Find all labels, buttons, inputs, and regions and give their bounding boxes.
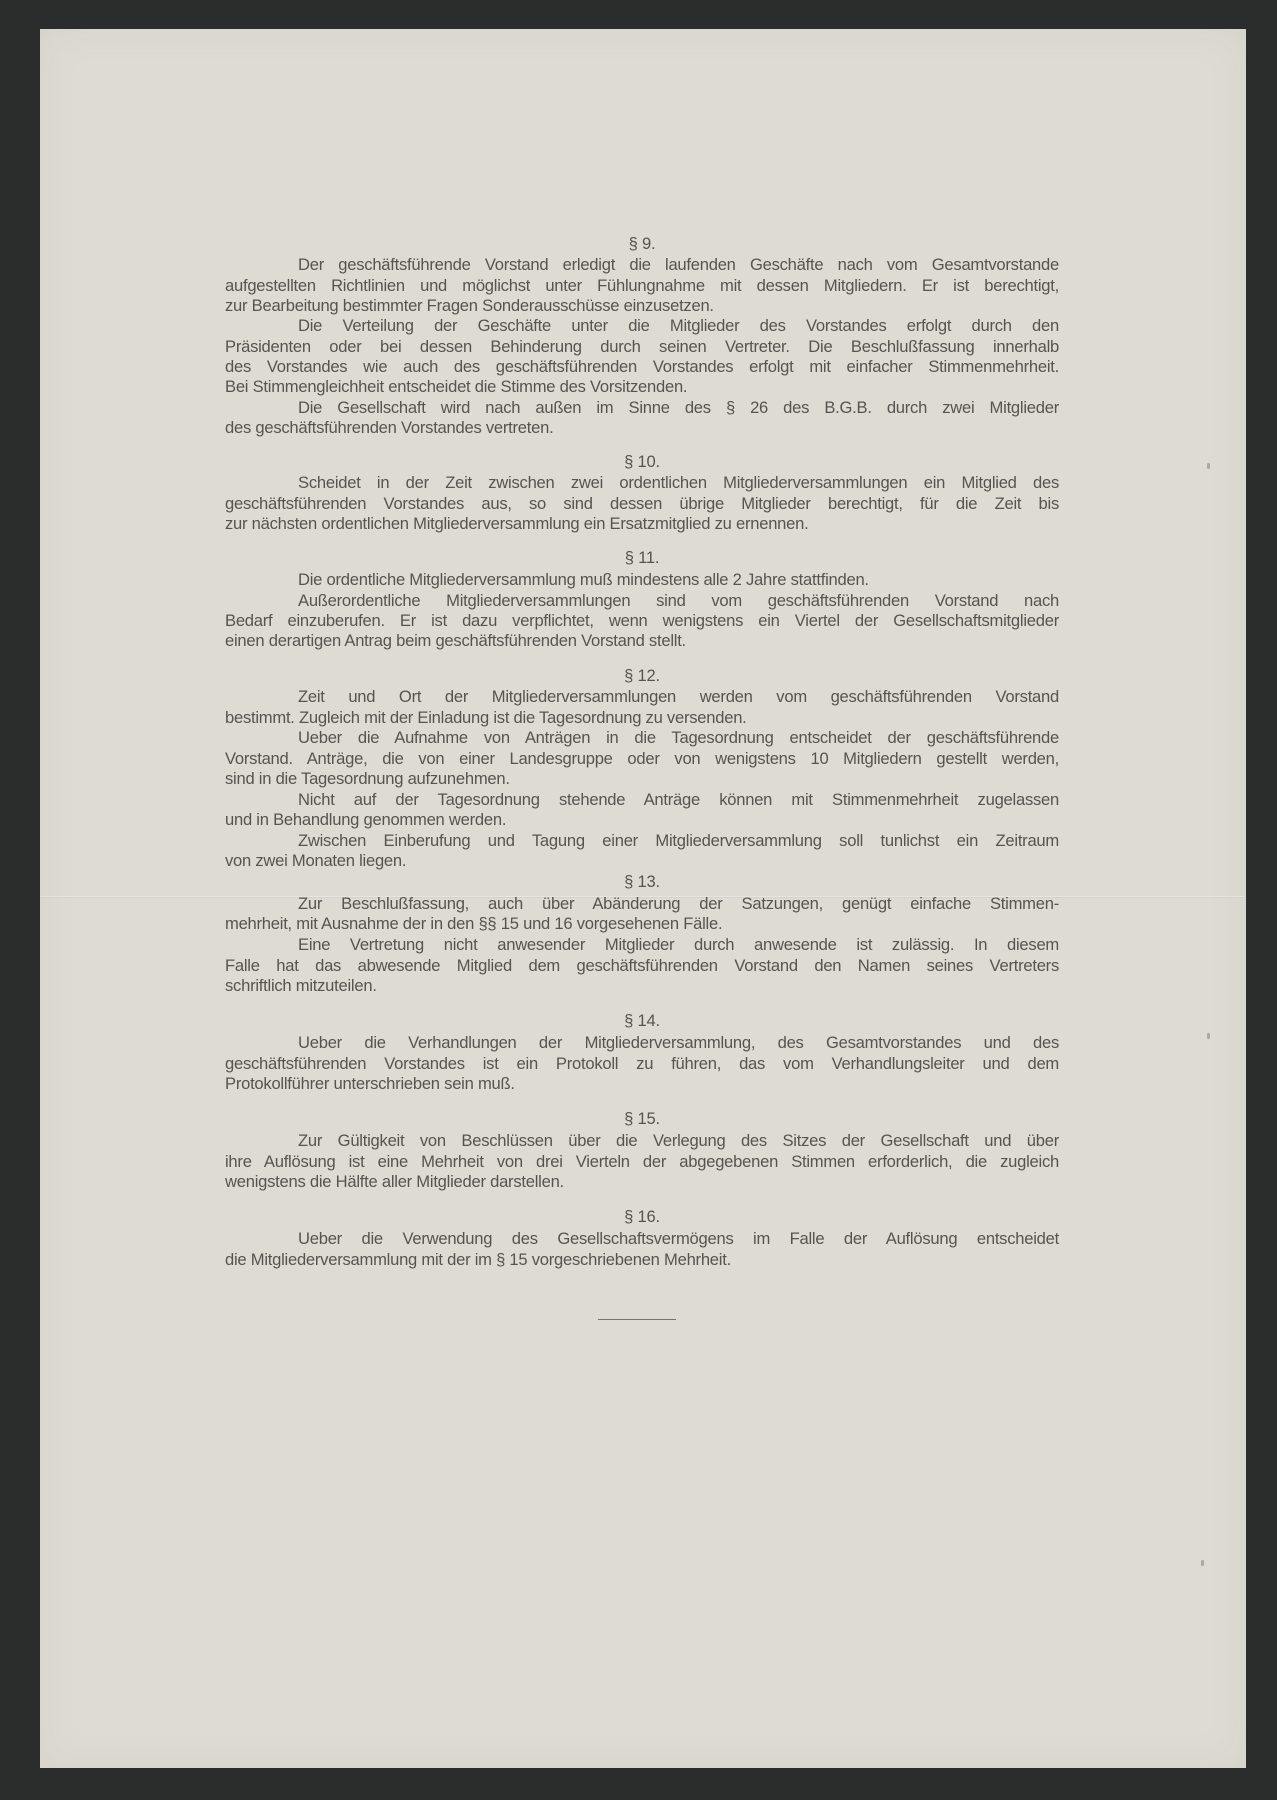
end-separator-rule	[598, 1319, 676, 1320]
text-line: geschäftsführenden Vorstandes aus, so si…	[225, 493, 1059, 514]
text-line: Zeit und Ort der Mitgliederversammlungen…	[298, 686, 1059, 707]
text-line: und in Behandlung genommen werden.	[225, 809, 1059, 830]
text-line: sind in die Tagesordnung aufzunehmen.	[225, 768, 1059, 789]
text-line: Der geschäftsführende Vorstand erledigt …	[298, 254, 1059, 275]
text-line: Die ordentliche Mitgliederversammlung mu…	[298, 569, 1059, 590]
section-heading-10: § 10.	[225, 452, 1059, 472]
text-line: von zwei Monaten liegen.	[225, 850, 1059, 871]
text-line: aufgestellten Richtlinien und möglichst …	[225, 275, 1059, 296]
text-line: wenigstens die Hälfte aller Mitglieder d…	[225, 1171, 1059, 1192]
paper-blemish	[1207, 463, 1210, 469]
paper-blemish	[1207, 1033, 1210, 1039]
text-line: Ueber die Aufnahme von Anträgen in die T…	[298, 727, 1059, 748]
text-line: geschäftsführenden Vorstandes ist ein Pr…	[225, 1053, 1059, 1074]
text-line: Bedarf einzuberufen. Er ist dazu verpfli…	[225, 610, 1059, 631]
text-line: Bei Stimmengleichheit entscheidet die St…	[225, 376, 1059, 397]
text-line: bestimmt. Zugleich mit der Einladung ist…	[225, 707, 1059, 728]
text-line: Nicht auf der Tagesordnung stehende Antr…	[298, 789, 1059, 810]
text-line: Ueber die Verhandlungen der Mitgliederve…	[298, 1032, 1059, 1053]
text-line: einen derartigen Antrag beim geschäftsfü…	[225, 630, 1059, 651]
text-line: Zur Gültigkeit von Beschlüssen über die …	[298, 1130, 1059, 1151]
text-line: Falle hat das abwesende Mitglied dem ges…	[225, 955, 1059, 976]
text-line: zur nächsten ordentlichen Mitgliedervers…	[225, 513, 1059, 534]
section-heading-11: § 11.	[225, 548, 1059, 568]
text-line: Die Verteilung der Geschäfte unter die M…	[298, 315, 1059, 336]
text-line: schriftlich mitzuteilen.	[225, 975, 1059, 996]
text-line: ihre Auflösung ist eine Mehrheit von dre…	[225, 1151, 1059, 1172]
text-line: Eine Vertretung nicht anwesender Mitglie…	[298, 934, 1059, 955]
section-heading-16: § 16.	[225, 1207, 1059, 1227]
text-line: Zur Beschlußfassung, auch über Abänderun…	[298, 893, 1059, 914]
section-heading-14: § 14.	[225, 1011, 1059, 1031]
text-line: Zwischen Einberufung und Tagung einer Mi…	[298, 830, 1059, 851]
text-line: Außerordentliche Mitgliederversammlungen…	[298, 590, 1059, 611]
text-line: des Vorstandes wie auch des geschäftsfüh…	[225, 356, 1059, 377]
section-heading-15: § 15.	[225, 1109, 1059, 1129]
text-line: mehrheit, mit Ausnahme der in den §§ 15 …	[225, 913, 1059, 934]
section-heading-13: § 13.	[225, 872, 1059, 892]
text-line: zur Bearbeitung bestimmter Fragen Sonder…	[225, 295, 1059, 316]
text-line: Ueber die Verwendung des Gesellschaftsve…	[298, 1228, 1059, 1249]
section-heading-9: § 9.	[225, 234, 1059, 254]
text-line: Die Gesellschaft wird nach außen im Sinn…	[298, 397, 1059, 418]
text-line: Protokollführer unterschrieben sein muß.	[225, 1073, 1059, 1094]
document-page: § 9. Der geschäftsführende Vorstand erle…	[40, 29, 1246, 1768]
text-line: die Mitgliederversammlung mit der im § 1…	[225, 1249, 1059, 1270]
paper-blemish	[1201, 1560, 1204, 1566]
text-line: Vorstand. Anträge, die von einer Landesg…	[225, 748, 1059, 769]
text-line: Präsidenten oder bei dessen Behinderung …	[225, 336, 1059, 357]
text-line: des geschäftsführenden Vorstandes vertre…	[225, 417, 1059, 438]
section-heading-12: § 12.	[225, 666, 1059, 686]
text-line: Scheidet in der Zeit zwischen zwei orden…	[298, 472, 1059, 493]
